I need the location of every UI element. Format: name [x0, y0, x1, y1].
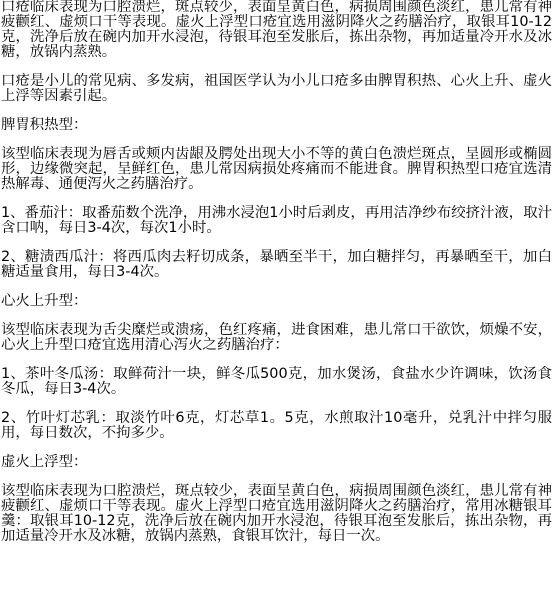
intro-remedy-paragraph: 口疮临床表现为口腔溃烂，斑点较少，表面呈黄白色，病损周围颜色淡红，患儿常有神疲颧… — [1, 0, 552, 60]
remedy-tomato-juice: 1、番茄汁：取番茄数个洗净，用沸水浸泡1小时后剥皮，再用洁净纱布绞挤汁液，取汁含… — [1, 206, 552, 236]
section-description-spleen-stomach-heat: 该型临床表现为唇舌或颊内齿龈及腭处出现大小不等的黄白色溃烂斑点，呈圆形或椭圆形，… — [1, 147, 552, 192]
overview-paragraph: 口疮是小儿的常见病、多发病，祖国医学认为小儿口疮多由脾胃积热、心火上升、虚火上浮… — [1, 74, 552, 104]
remedy-bamboo-leaf-milk: 2、竹叶灯芯乳：取淡竹叶6克，灯芯草1。5克，水煎取汁10毫升，兑乳汁中拌匀服用… — [1, 411, 552, 441]
article-body: 口疮临床表现为口腔溃烂，斑点较少，表面呈黄白色，病损周围颜色淡红，患儿常有神疲颧… — [0, 0, 554, 544]
section-heading-deficiency-fire: 虚火上浮型： — [1, 455, 552, 470]
section-heading-spleen-stomach-heat: 脾胃积热型： — [1, 118, 552, 133]
remedy-sugared-watermelon: 2、糖渍西瓜汁：将西瓜肉去籽切成条，暴晒至半干，加白糖拌匀，再暴晒至干，加白糖适… — [1, 250, 552, 280]
section-heading-heart-fire: 心火上升型： — [1, 294, 552, 309]
section-description-heart-fire: 该型临床表现为舌尖糜烂或溃疡，色红疼痛，进食困难，患儿常口干欲饮，烦燥不安，心火… — [1, 323, 552, 353]
remedy-tea-wintermelon-soup: 1、茶叶冬瓜汤：取鲜荷汁一块，鲜冬瓜500克，加水煲汤，食盐水少许调味，饮汤食冬… — [1, 367, 552, 397]
section-description-deficiency-fire: 该型临床表现为口腔溃烂，斑点较少，表面呈黄白色，病损周围颜色淡红，患儿常有神疲颧… — [1, 484, 552, 544]
